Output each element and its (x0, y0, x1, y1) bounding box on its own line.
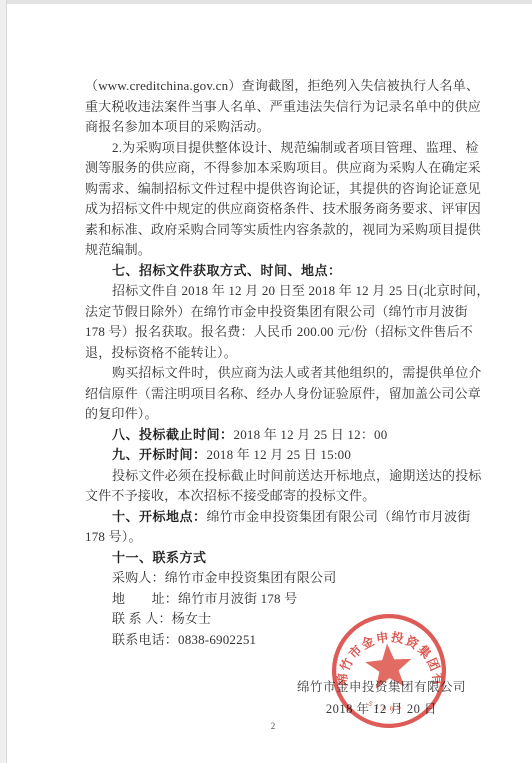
doc-line: 绍信原件（需注明项目名称、经办人身份证验原件，留加盖公司公章 (85, 384, 471, 405)
contact-purchaser: 采购人：绵竹市金申投资集团有限公司 (85, 568, 471, 589)
doc-line: 文件不予接收，本次招标不接受邮寄的投标文件。 (85, 486, 471, 507)
section-heading-8: 八、投标截止时间：2018 年 12 月 25 日 12：00 (85, 425, 471, 446)
section-heading-10: 十、开标地点：绵竹市金申投资集团有限公司（绵竹市月波街 (85, 507, 471, 528)
red-star-icon (364, 642, 413, 689)
section-heading-9: 九、开标时间：2018 年 12 月 25 日 15:00 (85, 445, 471, 466)
doc-line: 成为招标文件中规定的供应商资格条件、技术服务商务要求、评审因 (85, 199, 471, 220)
doc-line: 投标文件必须在投标截止时间前送达开标地点，逾期送达的投标 (85, 466, 471, 487)
doc-line: 素和标准、政府采购合同等实质性内容条款的，视同为采购项目提供 (85, 220, 471, 241)
doc-line: 法定节假日除外）在绵竹市金申投资集团有限公司（绵竹市月波街 (85, 302, 471, 323)
doc-line: （www.creditchina.gov.cn）查询截图，拒绝列入失信被执行人名… (85, 76, 471, 97)
document-page: （www.creditchina.gov.cn）查询截图，拒绝列入失信被执行人名… (85, 76, 471, 650)
doc-line: 商报名参加本项目的采购活动。 (85, 117, 471, 138)
company-seal: 绵竹市金申投资集团有限公司 51068 (324, 606, 454, 736)
seal-code-text: 51068 (366, 698, 405, 714)
doc-line: 测等服务的供应商，不得参加本采购项目。供应商为采购人在确定采 (85, 158, 471, 179)
scan-edge-top (0, 0, 532, 4)
section-heading-7: 七、招标文件获取方式、时间、地点： (85, 261, 471, 282)
svg-text:51068: 51068 (366, 698, 405, 714)
doc-line: 购买招标文件时，供应商为法人或者其他组织的，需提供单位介 (85, 363, 471, 384)
page-number: 2 (7, 721, 532, 731)
doc-line: 2.为采购项目提供整体设计、规范编制或者项目管理、监理、检 (85, 138, 471, 159)
doc-line: 178 号）报名获取。报名费：人民币 200.00 元/份（招标文件售后不 (85, 322, 471, 343)
section-heading-11: 十一、联系方式 (85, 548, 471, 569)
contact-address: 地 址：绵竹市月波街 178 号 (85, 589, 471, 610)
doc-line: 规范编制。 (85, 240, 471, 261)
doc-line: 退，投标资格不能转让）。 (85, 343, 471, 364)
doc-line: 178 号）。 (85, 527, 471, 548)
doc-line: 购需求、编制招标文件过程中提供咨询论证，其提供的咨询论证意见 (85, 179, 471, 200)
doc-line: 招标文件自 2018 年 12 月 20 日至 2018 年 12 月 25 日… (85, 281, 471, 302)
doc-line: 的复印件）。 (85, 404, 471, 425)
doc-line: 重大税收违法案件当事人名单、严重违法失信行为记录名单中的供应 (85, 97, 471, 118)
scan-edge-left (0, 0, 7, 763)
